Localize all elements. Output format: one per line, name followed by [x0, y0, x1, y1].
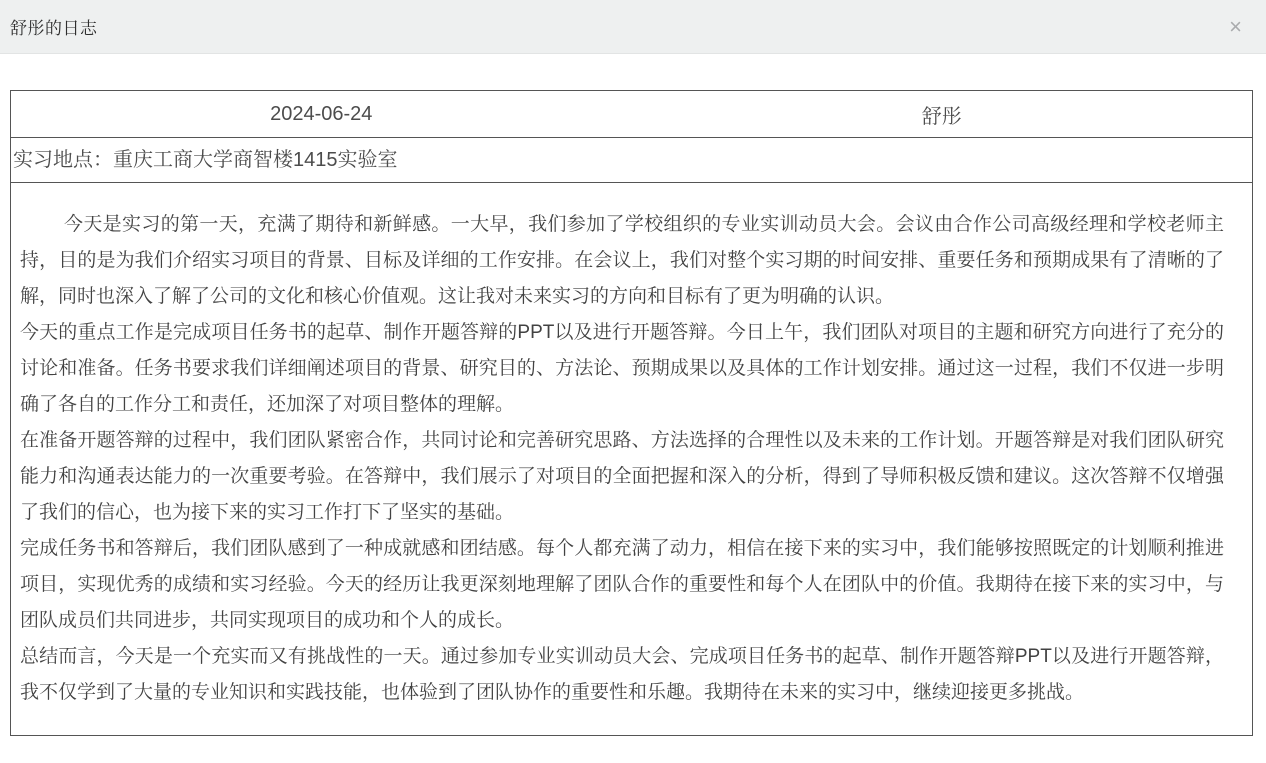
journal-date: 2024-06-24	[11, 103, 632, 126]
journal-paragraph-2: 今天的重点工作是完成项目任务书的起草、制作开题答辩的PPT以及进行开题答辩。今日…	[20, 315, 1224, 423]
journal-paragraph-3: 在准备开题答辩的过程中，我们团队紧密合作，共同讨论和完善研究思路、方法选择的合理…	[20, 423, 1224, 531]
close-icon[interactable]: ×	[1229, 16, 1242, 38]
journal-paragraph-5: 总结而言，今天是一个充实而又有挑战性的一天。通过参加专业实训动员大会、完成项目任…	[20, 639, 1224, 711]
dialog-header: 舒彤的日志 ×	[0, 0, 1266, 54]
journal-author: 舒彤	[632, 100, 1253, 129]
journal-meta-row: 2024-06-24 舒彤	[11, 91, 1252, 138]
journal-table: 2024-06-24 舒彤 实习地点：重庆工商大学商智楼1415实验室 今天是实…	[10, 90, 1253, 736]
journal-dialog: 舒彤的日志 × 2024-06-24 舒彤 实习地点：重庆工商大学商智楼1415…	[0, 0, 1266, 763]
dialog-title: 舒彤的日志	[10, 14, 98, 39]
journal-content: 今天是实习的第一天，充满了期待和新鲜感。一大早，我们参加了学校组织的专业实训动员…	[11, 183, 1252, 735]
journal-paragraph-4: 完成任务书和答辩后，我们团队感到了一种成就感和团结感。每个人都充满了动力，相信在…	[20, 531, 1224, 639]
journal-paragraph-1: 今天是实习的第一天，充满了期待和新鲜感。一大早，我们参加了学校组织的专业实训动员…	[20, 207, 1224, 315]
journal-location: 实习地点：重庆工商大学商智楼1415实验室	[11, 138, 1252, 183]
